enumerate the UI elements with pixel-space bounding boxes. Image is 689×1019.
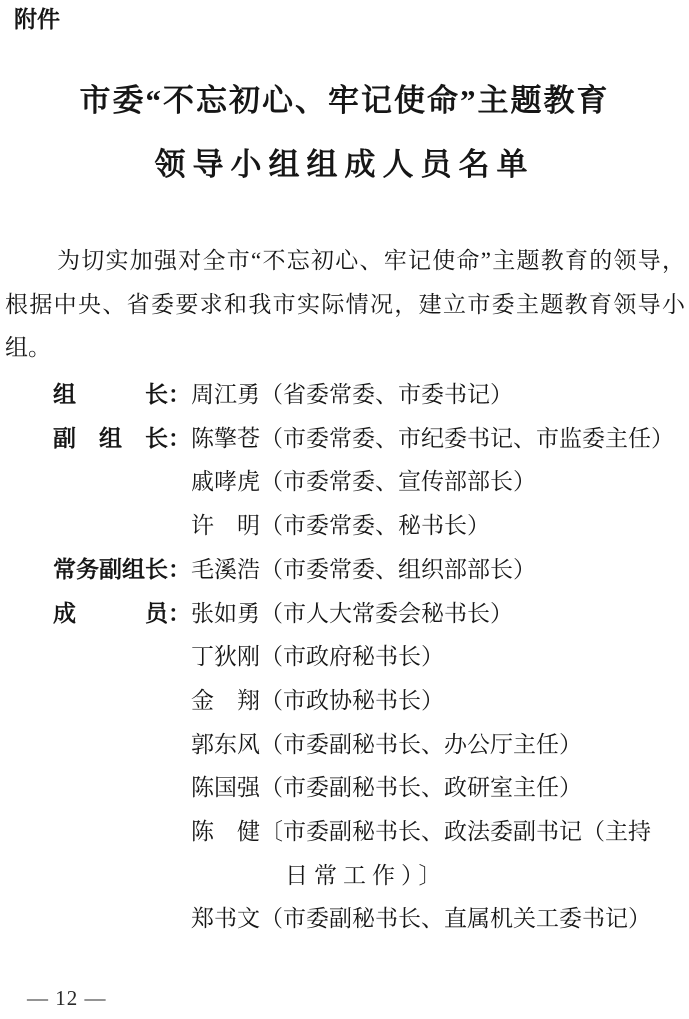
document-page: 附件 市委“不忘初心、牢记使命”主题教育 领导小组组成人员名单 为切实加强对全市… [0,0,689,1019]
member-desc-continued: 日常工作）〕 [285,863,448,888]
role-label: 副组长 [53,417,168,461]
role-label: 常务副组长 [53,548,168,592]
member-name: 郭东风 [191,732,260,757]
member-name: 戚哮虎 [191,469,260,494]
intro-line: 组。 [5,326,685,370]
role-label: 成员 [53,592,168,636]
member-name: 毛溪浩 [191,557,260,582]
roster-row: 陈国强（市委副秘书长、政研室主任） [0,766,689,810]
member-name: 陈国强 [191,775,260,800]
member-name: 许 明 [191,513,260,538]
member-name: 陈擎苍 [191,426,260,451]
role-label: 组长 [53,373,168,417]
roster-row: 陈 健〔市委副秘书长、政法委副书记（主持 [0,810,689,854]
member-desc: （市政府秘书长） [260,644,444,669]
member-desc: （省委常委、市委书记） [260,382,513,407]
document-title-line-2: 领导小组组成人员名单 [0,133,689,197]
roster-row: 丁狄刚（市政府秘书长） [0,635,689,679]
role-colon: ： [168,556,191,582]
roster-row-members: 成员：张如勇（市人大常委会秘书长） [0,592,689,636]
member-desc: （市委副秘书长、办公厅主任） [260,732,582,757]
member-name: 周江勇 [191,382,260,407]
page-number: — 12 — [27,986,107,1011]
member-name: 陈 健 [191,819,260,844]
roster-row: 许 明（市委常委、秘书长） [0,504,689,548]
document-title-line-1: 市委“不忘初心、牢记使命”主题教育 [0,69,689,133]
member-desc: （市政协秘书长） [260,688,444,713]
roster-list: 组长：周江勇（省委常委、市委书记） 副组长：陈擎苍（市委常委、市纪委书记、市监委… [0,373,689,941]
member-desc: 〔市委副秘书长、政法委副书记（主持 [260,819,651,844]
roster-row: 郑书文（市委副秘书长、直属机关工委书记） [0,897,689,941]
member-desc: （市委常委、组织部部长） [260,557,536,582]
intro-paragraph: 为切实加强对全市“不忘初心、牢记使命”主题教育的领导， 根据中央、省委要求和我市… [5,239,685,370]
member-desc: （市委常委、宣传部部长） [260,469,536,494]
member-desc: （市人大常委会秘书长） [260,601,513,626]
member-name: 金 翔 [191,688,260,713]
document-title: 市委“不忘初心、牢记使命”主题教育 领导小组组成人员名单 [0,69,689,197]
roster-row-leader: 组长：周江勇（省委常委、市委书记） [0,373,689,417]
member-name: 丁狄刚 [191,644,260,669]
role-colon: ： [168,381,191,407]
intro-line: 根据中央、省委要求和我市实际情况，建立市委主题教育领导小 [5,283,685,327]
roster-row-wrap-continuation: 日常工作）〕 [0,854,689,898]
member-desc: （市委副秘书长、直属机关工委书记） [260,906,651,931]
member-name: 郑书文 [191,906,260,931]
roster-row: 郭东风（市委副秘书长、办公厅主任） [0,723,689,767]
member-desc: （市委常委、秘书长） [260,513,490,538]
attachment-label: 附件 [14,5,60,33]
member-name: 张如勇 [191,601,260,626]
intro-line: 为切实加强对全市“不忘初心、牢记使命”主题教育的领导， [5,239,685,283]
member-desc: （市委副秘书长、政研室主任） [260,775,582,800]
role-colon: ： [168,600,191,626]
member-desc: （市委常委、市纪委书记、市监委主任） [260,426,674,451]
roster-row: 金 翔（市政协秘书长） [0,679,689,723]
roster-row: 戚哮虎（市委常委、宣传部部长） [0,460,689,504]
role-colon: ： [168,425,191,451]
roster-row-exec-deputy-leader: 常务副组长：毛溪浩（市委常委、组织部部长） [0,548,689,592]
roster-row-deputy-leader: 副组长：陈擎苍（市委常委、市纪委书记、市监委主任） [0,417,689,461]
